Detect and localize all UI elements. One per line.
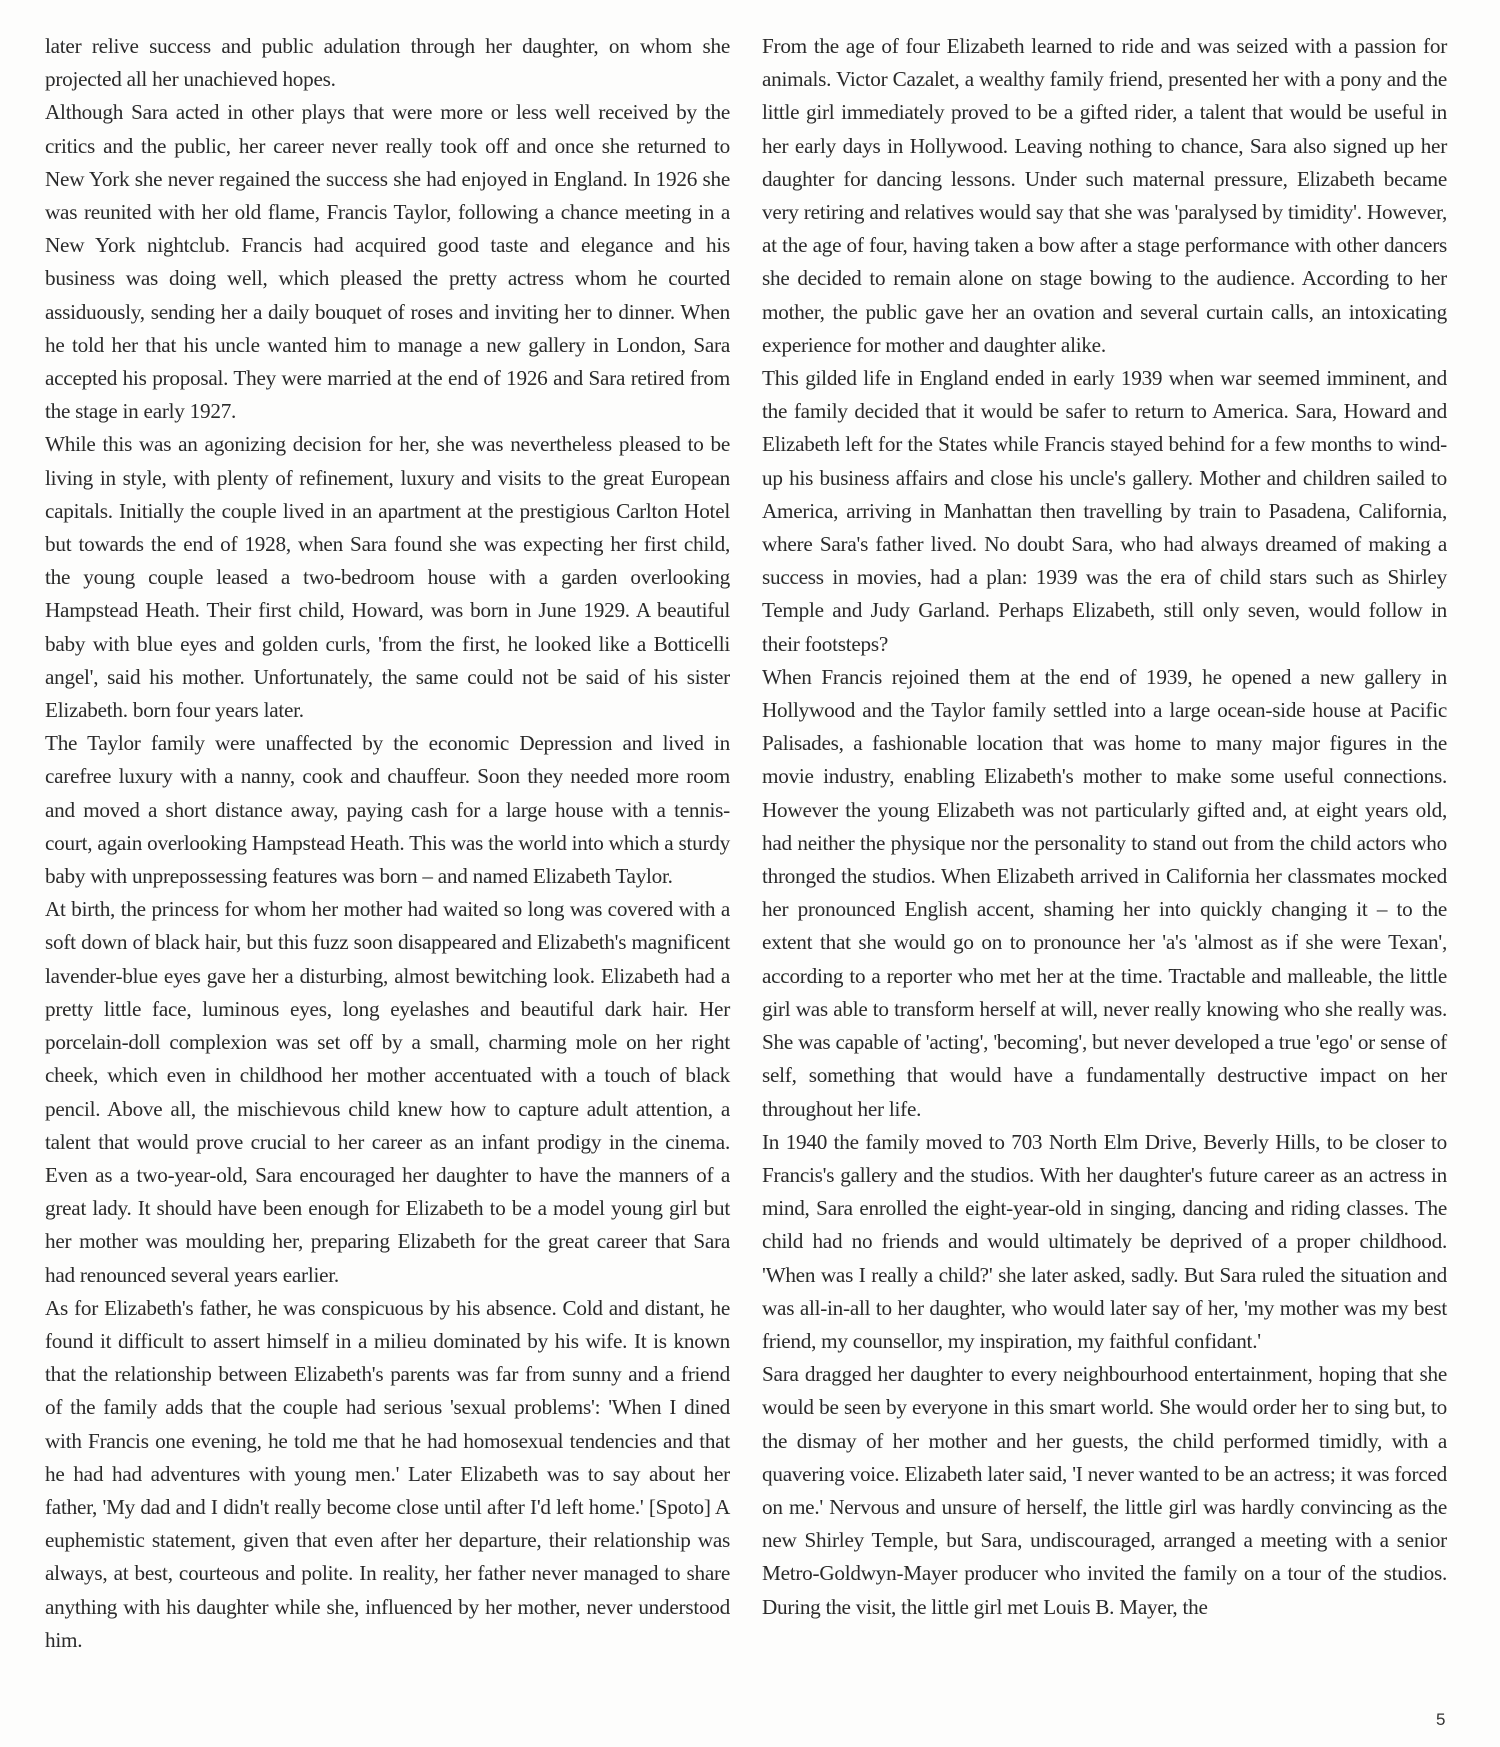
paragraph: The Taylor family were unaffected by the… [45, 727, 730, 893]
paragraph: At birth, the princess for whom her moth… [45, 893, 730, 1291]
paragraph: later relive success and public adulatio… [45, 30, 730, 96]
left-column: later relive success and public adulatio… [45, 30, 730, 1657]
page-number: 5 [1436, 1710, 1445, 1730]
paragraph: While this was an agonizing decision for… [45, 428, 730, 727]
paragraph: When Francis rejoined them at the end of… [762, 661, 1447, 1126]
paragraph: Sara dragged her daughter to every neigh… [762, 1358, 1447, 1624]
paragraph: This gilded life in England ended in ear… [762, 362, 1447, 661]
paragraph: Although Sara acted in other plays that … [45, 96, 730, 428]
paragraph: From the age of four Elizabeth learned t… [762, 30, 1447, 362]
paragraph: In 1940 the family moved to 703 North El… [762, 1126, 1447, 1358]
book-page: later relive success and public adulatio… [0, 0, 1500, 1747]
right-column: From the age of four Elizabeth learned t… [762, 30, 1447, 1624]
paragraph: As for Elizabeth's father, he was conspi… [45, 1292, 730, 1657]
